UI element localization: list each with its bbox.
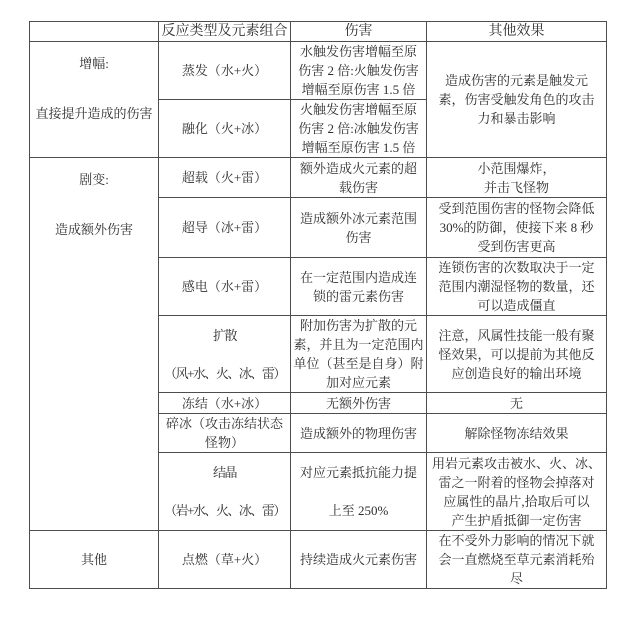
row-vaporize: 增幅: 直接提升造成的伤害 蒸发（水+火） 水触发伤害增幅至原 伤害 2 倍:火… [30, 42, 607, 100]
cell-electrocharged-reaction: 感电（水+雷） [159, 258, 291, 316]
cell-electrocharged-damage: 在一定范围内造成连 锁的雷元素伤害 [291, 258, 427, 316]
cell-crystallize-damage: 对应元素抵抗能力提 上至 250% [291, 453, 427, 531]
cell-amplify-shared-effect: 造成伤害的元素是触发元 素，伤害受触发角色的攻击 力和暴击影响 [427, 42, 607, 158]
cell-swirl-effect: 注意，风属性技能一般有聚 怪效果，可以提前为其他反 应创造良好的输出环境 [427, 316, 607, 393]
header-reaction-column: 反应类型及元素组合 [159, 22, 291, 42]
cell-shatter-effect: 解除怪物冻结效果 [427, 414, 607, 453]
cell-vaporize-damage: 水触发伤害增幅至原 伤害 2 倍:火触发伤害 增幅至原伤害 1.5 倍 [291, 42, 427, 100]
cell-swirl-damage: 附加伤害为扩散的元 素，并且为一定范围内 单位（甚至是自身）附 加对应元素 [291, 316, 427, 393]
cell-frozen-effect: 无 [427, 393, 607, 414]
row-burning: 其他 点燃（草+火） 持续造成火元素伤害 在不受外力影响的情况下就 会一直燃烧至… [30, 531, 607, 589]
cell-overload-damage: 额外造成火元素的超 载伤害 [291, 158, 427, 198]
cell-melt-reaction: 融化（火+冰） [159, 100, 291, 158]
cell-burning-effect: 在不受外力影响的情况下就 会一直燃烧至草元素消耗殆 尽 [427, 531, 607, 589]
cell-superconduct-damage: 造成额外冰元素范围 伤害 [291, 198, 427, 258]
cell-superconduct-effect: 受到范围伤害的怪物会降低 30%的防御，使接下来 8 秒 受到伤害更高 [427, 198, 607, 258]
cell-shatter-damage: 造成额外的物理伤害 [291, 414, 427, 453]
row-overload: 剧变: 造成额外伤害 超载（火+雷） 额外造成火元素的超 载伤害 小范围爆炸， … [30, 158, 607, 198]
cell-melt-damage: 火触发伤害增幅至原 伤害 2 倍:冰触发伤害 增幅至原伤害 1.5 倍 [291, 100, 427, 158]
category-cell-transformative: 剧变: 造成额外伤害 [30, 158, 159, 531]
category-cell-other: 其他 [30, 531, 159, 589]
header-corner-cell [30, 22, 159, 42]
cell-superconduct-reaction: 超导（冰+雷） [159, 198, 291, 258]
page: { "table": { "colors": { "border": "#4d4… [0, 0, 640, 620]
header-effects-column: 其他效果 [427, 22, 607, 42]
category-cell-amplify: 增幅: 直接提升造成的伤害 [30, 42, 159, 158]
cell-burning-reaction: 点燃（草+火） [159, 531, 291, 589]
cell-electrocharged-effect: 连锁伤害的次数取决于一定 范围内潮湿怪物的数量，还 可以造成僵直 [427, 258, 607, 316]
header-row: 反应类型及元素组合 伤害 其他效果 [30, 22, 607, 42]
cell-vaporize-reaction: 蒸发（水+火） [159, 42, 291, 100]
cell-overload-effect: 小范围爆炸， 并击飞怪物 [427, 158, 607, 198]
cell-frozen-reaction: 冻结（水+冰） [159, 393, 291, 414]
reactions-table: 反应类型及元素组合 伤害 其他效果 增幅: 直接提升造成的伤害 蒸发（水+火） … [29, 21, 607, 589]
cell-swirl-reaction: 扩散 （风+水、火、冰、雷） [159, 316, 291, 393]
header-damage-column: 伤害 [291, 22, 427, 42]
cell-crystallize-effect: 用岩元素攻击被水、火、冰、 雷之一附着的怪物会掉落对 应属性的晶片,拾取后可以 … [427, 453, 607, 531]
cell-shatter-reaction: 碎冰（攻击冻结状态 怪物） [159, 414, 291, 453]
cell-frozen-damage: 无额外伤害 [291, 393, 427, 414]
cell-overload-reaction: 超载（火+雷） [159, 158, 291, 198]
cell-burning-damage: 持续造成火元素伤害 [291, 531, 427, 589]
cell-crystallize-reaction: 结晶 （岩+水、火、冰、雷） [159, 453, 291, 531]
